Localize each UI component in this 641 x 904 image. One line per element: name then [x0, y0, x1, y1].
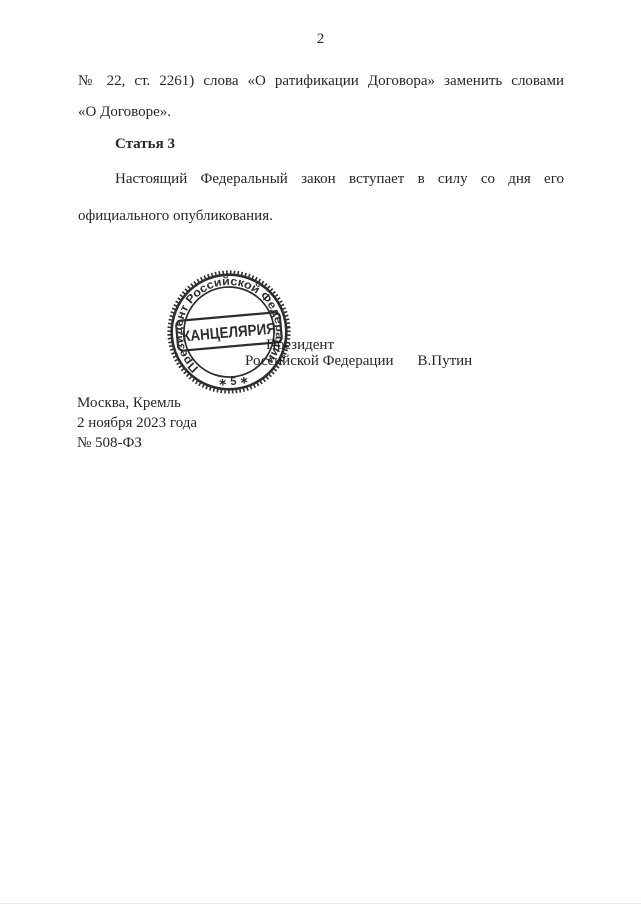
- document-page: 2 № 22, ст. 2261) слова «О ратификации Д…: [0, 0, 641, 904]
- signature-name: В.Путин: [418, 351, 473, 371]
- footer-place: Москва, Кремль: [77, 393, 197, 413]
- chancellery-stamp: Президент Российской Федерации КАНЦЕЛЯРИ…: [149, 252, 309, 412]
- footer-date: 2 ноября 2023 года: [77, 413, 197, 433]
- footer-doc-number: № 508-ФЗ: [77, 433, 197, 453]
- article-heading: Статья 3: [115, 134, 175, 154]
- stamp-group: Президент Российской Федерации КАНЦЕЛЯРИ…: [164, 267, 294, 397]
- footer-block: Москва, Кремль 2 ноября 2023 года № 508-…: [77, 393, 197, 453]
- stamp-center-text: КАНЦЕЛЯРИЯ: [182, 320, 277, 345]
- paragraph1-line2: «О Договоре».: [78, 102, 171, 122]
- paragraph1-line1: № 22, ст. 2261) слова «О ратификации Дог…: [78, 71, 564, 91]
- page-number: 2: [0, 29, 641, 49]
- paragraph2-line1: Настоящий Федеральный закон вступает в с…: [115, 169, 564, 189]
- paragraph2-line2: официального опубликования.: [78, 206, 273, 226]
